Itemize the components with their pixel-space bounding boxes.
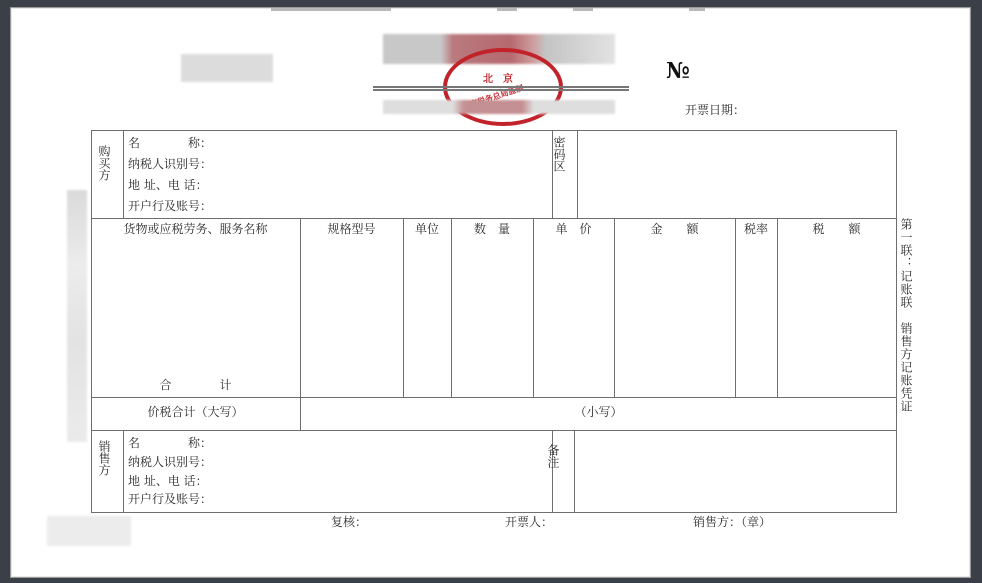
issuer-label: 开票人： bbox=[505, 515, 553, 529]
buyer-side-label: 购买方 bbox=[100, 145, 114, 181]
buyer-name-label: 名 称： bbox=[128, 136, 212, 150]
redacted-payee bbox=[47, 516, 131, 546]
issue-date-label: 开票日期： bbox=[685, 103, 745, 117]
redacted-subtitle bbox=[383, 100, 615, 114]
col-amount: 金 额 bbox=[614, 222, 735, 236]
copy-note: 第一联：记账联 销售方记账凭证 bbox=[900, 218, 914, 413]
reviewer-label: 复核： bbox=[331, 515, 367, 529]
seller-side-label: 销售方 bbox=[100, 440, 114, 476]
buyer-bank-label: 开户行及账号： bbox=[128, 199, 212, 213]
col-tax-rate: 税率 bbox=[735, 222, 777, 236]
cipher-area-label: 密码区 bbox=[558, 136, 572, 172]
cipher-area bbox=[578, 131, 896, 218]
tax-total-lower-label: （小写） bbox=[301, 405, 896, 419]
buyer-address-label: 地 址、电 话： bbox=[128, 178, 208, 192]
invoice-number-mark: № bbox=[666, 58, 690, 84]
items-body bbox=[92, 238, 896, 378]
title-double-rule bbox=[373, 86, 629, 91]
tax-total-upper-label: 价税合计（大写） bbox=[91, 405, 300, 419]
invoice-page: 北 京 国家税务总局监制 № 开票日期： 购买方 名 称： 纳税人识别号： 地 … bbox=[10, 7, 971, 578]
seller-taxid-label: 纳税人识别号： bbox=[128, 455, 212, 469]
col-unit: 单位 bbox=[403, 222, 451, 236]
total-label: 合 计 bbox=[91, 378, 300, 392]
col-quantity: 数 量 bbox=[451, 222, 533, 236]
col-unit-price: 单 价 bbox=[533, 222, 614, 236]
cropped-top-text bbox=[271, 8, 771, 14]
col-item-name: 货物或应税劳务、服务名称 bbox=[91, 222, 300, 236]
seller-bank-label: 开户行及账号： bbox=[128, 492, 212, 506]
remarks-label: 备注 bbox=[556, 444, 570, 468]
buyer-taxid-label: 纳税人识别号： bbox=[128, 157, 212, 171]
remarks-area bbox=[575, 431, 896, 512]
redacted-region bbox=[181, 54, 273, 82]
seller-address-label: 地 址、电 话： bbox=[128, 474, 208, 488]
seller-name-label: 名 称： bbox=[128, 436, 212, 450]
seller-seal-label: 销售方：（章） bbox=[693, 515, 771, 529]
redacted-left-strip bbox=[67, 190, 87, 442]
col-spec: 规格型号 bbox=[300, 222, 403, 236]
col-tax-amount: 税 额 bbox=[777, 222, 896, 236]
